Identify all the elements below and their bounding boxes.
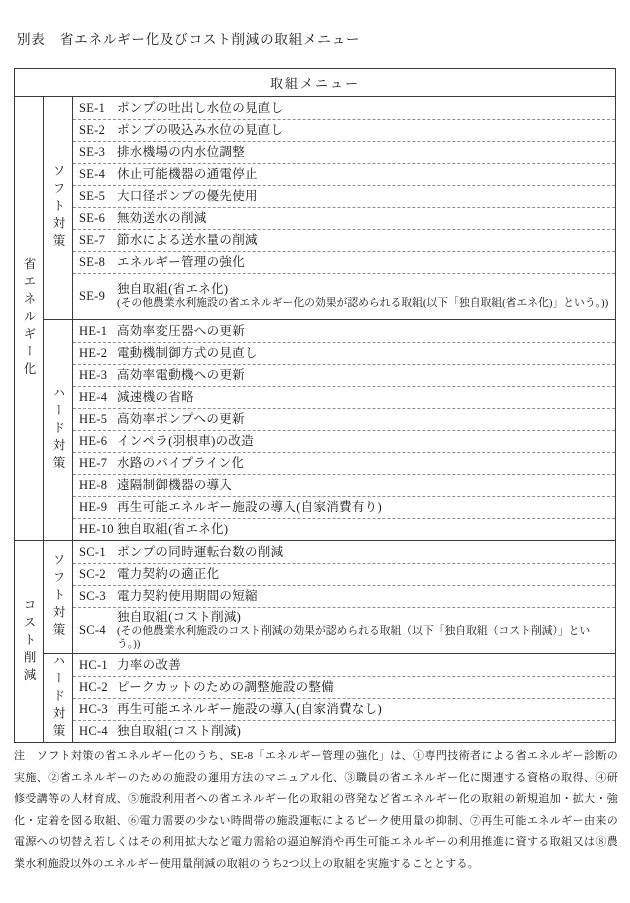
item-text: ポンプの吐出し水位の見直し bbox=[117, 101, 609, 116]
item-label: 独自取組(省エネ化) bbox=[117, 282, 609, 297]
item-label: 遠隔制御機器の導入 bbox=[117, 478, 609, 493]
table-row-hc-2: HC-2ピークカットのための調整施設の整備 bbox=[73, 676, 615, 698]
item-text: 独自取組(省エネ化)(その他農業水利施設の省エネルギー化の効果が認められる取組(… bbox=[117, 282, 609, 311]
item-label: 休止可能機器の通電停止 bbox=[117, 167, 609, 182]
subsection: ハード対策HC-1力率の改善HC-2ピークカットのための調整施設の整備HC-3再… bbox=[44, 653, 615, 742]
table-row-se-6: SE-6無効送水の削減 bbox=[73, 207, 615, 229]
page-title: 別表 省エネルギー化及びコスト削減の取組メニュー bbox=[17, 28, 360, 48]
item-label: 無効送水の削減 bbox=[117, 211, 609, 226]
table-row-hc-1: HC-1力率の改善 bbox=[73, 654, 615, 676]
table-row-he-5: HE-5高効率ポンプへの更新 bbox=[73, 408, 615, 430]
item-text: 大口径ポンプの優先使用 bbox=[117, 189, 609, 204]
item-label: 独自取組(コスト削減) bbox=[117, 610, 609, 625]
note-paragraph: 注 ソフト対策の省エネルギー化のうち、SE-8「エネルギー管理の強化」は、①専門… bbox=[14, 746, 618, 875]
table-row-se-4: SE-4休止可能機器の通電停止 bbox=[73, 163, 615, 185]
item-label: 節水による送水量の削減 bbox=[117, 233, 609, 248]
table-row-hc-4: HC-4独自取組(コスト削減) bbox=[73, 720, 615, 742]
items-column: HC-1力率の改善HC-2ピークカットのための調整施設の整備HC-3再生可能エネ… bbox=[73, 654, 615, 742]
item-text: 独自取組(省エネ化) bbox=[117, 522, 609, 537]
subsection: ソフト対策SE-1ポンプの吐出し水位の見直しSE-2ポンプの吸込み水位の見直しS… bbox=[44, 97, 615, 319]
item-label: 大口径ポンプの優先使用 bbox=[117, 189, 609, 204]
item-text: 力率の改善 bbox=[117, 658, 609, 673]
item-code: SE-5 bbox=[79, 189, 117, 204]
item-code: HE-1 bbox=[79, 324, 117, 339]
subsection: ソフト対策SC-1ポンプの同時運転台数の削減SC-2電力契約の適正化SC-3電力… bbox=[44, 541, 615, 653]
item-code: HC-3 bbox=[79, 702, 117, 717]
item-code: HE-5 bbox=[79, 412, 117, 427]
item-text: 高効率ポンプへの更新 bbox=[117, 412, 609, 427]
table-body: 省エネルギー化ソフト対策SE-1ポンプの吐出し水位の見直しSE-2ポンプの吸込み… bbox=[15, 97, 615, 742]
item-label: インペラ(羽根車)の改造 bbox=[117, 434, 609, 449]
item-text: 遠隔制御機器の導入 bbox=[117, 478, 609, 493]
item-label: ポンプの吸込み水位の見直し bbox=[117, 123, 609, 138]
item-text: 減速機の省略 bbox=[117, 390, 609, 405]
item-note: (その他農業水利施設の省エネルギー化の効果が認められる取組(以下「独自取組(省エ… bbox=[117, 297, 609, 311]
category-cell: コスト削減 bbox=[15, 541, 44, 742]
table-row-se-1: SE-1ポンプの吐出し水位の見直し bbox=[73, 97, 615, 119]
item-text: 独自取組(コスト削減)(その他農業水利施設のコスト削減の効果が認められる取組（以… bbox=[117, 610, 609, 652]
item-label: ポンプの吐出し水位の見直し bbox=[117, 101, 609, 116]
item-label: 独自取組(コスト削減) bbox=[117, 724, 609, 739]
item-code: SE-2 bbox=[79, 123, 117, 138]
item-code: SE-1 bbox=[79, 101, 117, 116]
category-cell: 省エネルギー化 bbox=[15, 97, 44, 540]
table-row-he-4: HE-4減速機の省略 bbox=[73, 386, 615, 408]
table-row-se-5: SE-5大口径ポンプの優先使用 bbox=[73, 185, 615, 207]
item-text: 独自取組(コスト削減) bbox=[117, 724, 609, 739]
table-row-sc-2: SC-2電力契約の適正化 bbox=[73, 563, 615, 585]
item-text: 電動機制御方式の見直し bbox=[117, 346, 609, 361]
item-code: SC-1 bbox=[79, 545, 117, 560]
item-text: エネルギー管理の強化 bbox=[117, 255, 609, 270]
section-body: ソフト対策SE-1ポンプの吐出し水位の見直しSE-2ポンプの吸込み水位の見直しS… bbox=[44, 97, 615, 540]
item-text: 排水機場の内水位調整 bbox=[117, 145, 609, 160]
subcategory-cell: ソフト対策 bbox=[44, 541, 73, 653]
table-row-he-6: HE-6インペラ(羽根車)の改造 bbox=[73, 430, 615, 452]
item-code: HE-9 bbox=[79, 500, 117, 515]
item-label: 減速機の省略 bbox=[117, 390, 609, 405]
item-label: 独自取組(省エネ化) bbox=[117, 522, 609, 537]
subsection: ハード対策HE-1高効率変圧器への更新HE-2電動機制御方式の見直しHE-3高効… bbox=[44, 319, 615, 540]
item-label: 高効率電動機への更新 bbox=[117, 368, 609, 383]
item-label: ピークカットのための調整施設の整備 bbox=[117, 680, 609, 695]
item-code: SC-2 bbox=[79, 567, 117, 582]
item-label: 高効率変圧器への更新 bbox=[117, 324, 609, 339]
item-label: 力率の改善 bbox=[117, 658, 609, 673]
item-code: HE-6 bbox=[79, 434, 117, 449]
table-row-se-7: SE-7節水による送水量の削減 bbox=[73, 229, 615, 251]
item-label: 電力契約使用期間の短縮 bbox=[117, 589, 609, 604]
item-label: 電動機制御方式の見直し bbox=[117, 346, 609, 361]
item-label: ポンプの同時運転台数の削減 bbox=[117, 545, 609, 560]
item-code: HE-4 bbox=[79, 390, 117, 405]
item-text: ポンプの同時運転台数の削減 bbox=[117, 545, 609, 560]
item-text: 水路のパイプライン化 bbox=[117, 456, 609, 471]
item-code: SE-6 bbox=[79, 211, 117, 226]
item-code: HE-3 bbox=[79, 368, 117, 383]
subcategory-cell: ソフト対策 bbox=[44, 97, 73, 319]
item-text: 再生可能エネルギー施設の導入(自家消費有り) bbox=[117, 500, 609, 515]
item-label: 再生可能エネルギー施設の導入(自家消費有り) bbox=[117, 500, 609, 515]
item-code: HC-1 bbox=[79, 658, 117, 673]
item-label: 排水機場の内水位調整 bbox=[117, 145, 609, 160]
table-row-se-8: SE-8エネルギー管理の強化 bbox=[73, 251, 615, 273]
table-row-sc-3: SC-3電力契約使用期間の短縮 bbox=[73, 585, 615, 607]
items-column: HE-1高効率変圧器への更新HE-2電動機制御方式の見直しHE-3高効率電動機へ… bbox=[73, 320, 615, 540]
item-label: 電力契約の適正化 bbox=[117, 567, 609, 582]
subcategory-cell: ハード対策 bbox=[44, 654, 73, 742]
item-label: 高効率ポンプへの更新 bbox=[117, 412, 609, 427]
item-code: SE-9 bbox=[79, 289, 117, 304]
item-code: SE-4 bbox=[79, 167, 117, 182]
items-column: SC-1ポンプの同時運転台数の削減SC-2電力契約の適正化SC-3電力契約使用期… bbox=[73, 541, 615, 653]
table-row-sc-1: SC-1ポンプの同時運転台数の削減 bbox=[73, 541, 615, 563]
table-row-he-9: HE-9再生可能エネルギー施設の導入(自家消費有り) bbox=[73, 496, 615, 518]
item-code: SC-3 bbox=[79, 589, 117, 604]
item-code: HC-2 bbox=[79, 680, 117, 695]
item-text: 無効送水の削減 bbox=[117, 211, 609, 226]
table-row-he-10: HE-10独自取組(省エネ化) bbox=[73, 518, 615, 540]
item-code: SE-7 bbox=[79, 233, 117, 248]
table-row-he-1: HE-1高効率変圧器への更新 bbox=[73, 320, 615, 342]
item-label: 再生可能エネルギー施設の導入(自家消費なし) bbox=[117, 702, 609, 717]
item-code: HE-10 bbox=[79, 522, 117, 537]
item-code: SC-4 bbox=[79, 623, 117, 638]
table-section: コスト削減ソフト対策SC-1ポンプの同時運転台数の削減SC-2電力契約の適正化S… bbox=[15, 540, 615, 742]
subcategory-cell: ハード対策 bbox=[44, 320, 73, 540]
table-row-sc-4: SC-4独自取組(コスト削減)(その他農業水利施設のコスト削減の効果が認められる… bbox=[73, 607, 615, 653]
table-header: 取組メニュー bbox=[15, 69, 615, 97]
item-text: 電力契約使用期間の短縮 bbox=[117, 589, 609, 604]
item-code: HE-2 bbox=[79, 346, 117, 361]
item-text: ポンプの吸込み水位の見直し bbox=[117, 123, 609, 138]
menu-table: 取組メニュー 省エネルギー化ソフト対策SE-1ポンプの吐出し水位の見直しSE-2… bbox=[14, 68, 616, 743]
table-row-he-2: HE-2電動機制御方式の見直し bbox=[73, 342, 615, 364]
item-note: (その他農業水利施設のコスト削減の効果が認められる取組（以下「独自取組（コスト削… bbox=[117, 625, 609, 652]
table-row-he-3: HE-3高効率電動機への更新 bbox=[73, 364, 615, 386]
items-column: SE-1ポンプの吐出し水位の見直しSE-2ポンプの吸込み水位の見直しSE-3排水… bbox=[73, 97, 615, 319]
section-body: ソフト対策SC-1ポンプの同時運転台数の削減SC-2電力契約の適正化SC-3電力… bbox=[44, 541, 615, 742]
item-code: SE-8 bbox=[79, 255, 117, 270]
table-row-he-7: HE-7水路のパイプライン化 bbox=[73, 452, 615, 474]
table-row-se-2: SE-2ポンプの吸込み水位の見直し bbox=[73, 119, 615, 141]
item-text: 節水による送水量の削減 bbox=[117, 233, 609, 248]
table-row-se-3: SE-3排水機場の内水位調整 bbox=[73, 141, 615, 163]
item-code: HC-4 bbox=[79, 724, 117, 739]
item-text: ピークカットのための調整施設の整備 bbox=[117, 680, 609, 695]
item-text: 再生可能エネルギー施設の導入(自家消費なし) bbox=[117, 702, 609, 717]
table-row-he-8: HE-8遠隔制御機器の導入 bbox=[73, 474, 615, 496]
item-text: 電力契約の適正化 bbox=[117, 567, 609, 582]
item-text: 高効率電動機への更新 bbox=[117, 368, 609, 383]
item-code: SE-3 bbox=[79, 145, 117, 160]
table-row-hc-3: HC-3再生可能エネルギー施設の導入(自家消費なし) bbox=[73, 698, 615, 720]
item-text: 高効率変圧器への更新 bbox=[117, 324, 609, 339]
item-text: 休止可能機器の通電停止 bbox=[117, 167, 609, 182]
item-text: インペラ(羽根車)の改造 bbox=[117, 434, 609, 449]
item-code: HE-8 bbox=[79, 478, 117, 493]
item-code: HE-7 bbox=[79, 456, 117, 471]
item-label: エネルギー管理の強化 bbox=[117, 255, 609, 270]
table-row-se-9: SE-9独自取組(省エネ化)(その他農業水利施設の省エネルギー化の効果が認められ… bbox=[73, 273, 615, 319]
table-section: 省エネルギー化ソフト対策SE-1ポンプの吐出し水位の見直しSE-2ポンプの吸込み… bbox=[15, 97, 615, 540]
item-label: 水路のパイプライン化 bbox=[117, 456, 609, 471]
